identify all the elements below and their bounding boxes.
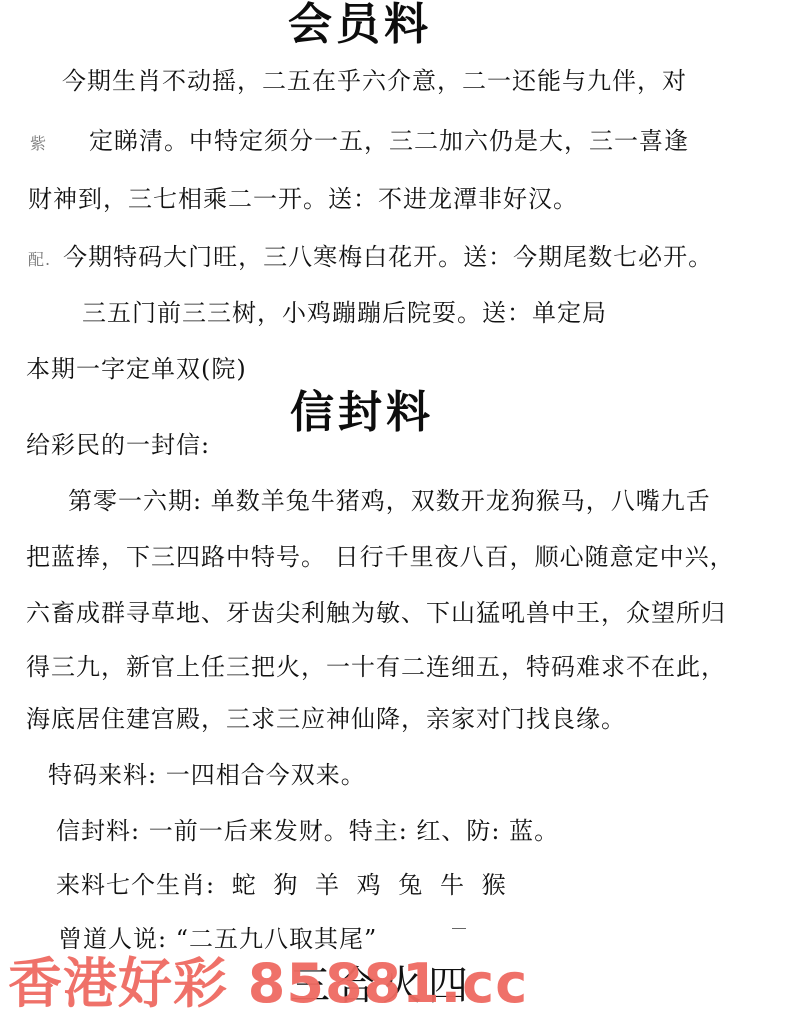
site-watermark: 香港好彩 85881.cc [8,952,528,1016]
special-code-line: 特码来料: 一四相合今双来。 [48,760,366,790]
zodiac: 鸡 [357,871,382,899]
zodiac: 牛 [440,871,465,899]
seven-zodiacs-label: 来料七个生肖: [56,871,215,899]
member-line-5: 三五门前三三树，小鸡蹦蹦后院耍。送：单定局 [82,298,607,328]
envelope-body-line-4: 得三九，新官上任三把火，一十有二连细五，特码难求不在此， [26,652,726,682]
margin-fragment: 配. [28,250,51,269]
zodiac: 狗 [273,871,298,899]
zodiac: 兔 [398,871,423,899]
zodiac: 蛇 [232,871,257,899]
envelope-body-line-1: 第零一六期: 单数羊兔牛猪鸡，双数开龙狗猴马，八嘴九舌 [68,486,711,516]
member-line-4: 配.今期特码大门旺，三八寒梅白花开。送：今期尾数七必开。 [28,242,713,275]
envelope-note-line: 信封料: 一前一后来发财。特主: 红、防: 蓝。 [56,816,559,846]
envelope-section-title: 信封料 [290,388,434,438]
envelope-body-line-3: 六畜成群寻草地、牙齿尖利触为敏、下山猛吼兽中王，众望所归 [26,598,726,628]
envelope-body-line-5: 海底居住建宫殿，三求三应神仙降，亲家对门找良缘。 [26,704,626,734]
margin-fragment: 紫 [30,134,47,153]
envelope-body-line-2: 把蓝捧，下三四路中特号。 日行千里夜八百，顺心随意定中兴， [26,542,735,572]
member-line-3: 财神到，三七相乘二一开。送：不进龙潭非好汉。 [28,184,578,214]
zeng-quote-line: 曾道人说: “二五九八取其尾” [58,924,377,954]
scan-mark [452,928,466,937]
member-line-2: 紫定睇清。中特定须分一五，三二加六仍是大，三一喜逢 [30,126,689,159]
zodiac: 猴 [482,871,507,899]
member-section-title: 会员料 [288,0,432,50]
envelope-greeting: 给彩民的一封信: [26,430,210,460]
seven-zodiacs-line: 来料七个生肖: 蛇 狗 羊 鸡 兔 牛 猴 [56,870,507,900]
zodiac: 羊 [315,871,340,899]
member-line-1: 今期生肖不动摇，二五在乎六介意，二一还能与九伴，对 [62,66,687,96]
member-line-6: 本期一字定单双(院) [26,354,247,384]
